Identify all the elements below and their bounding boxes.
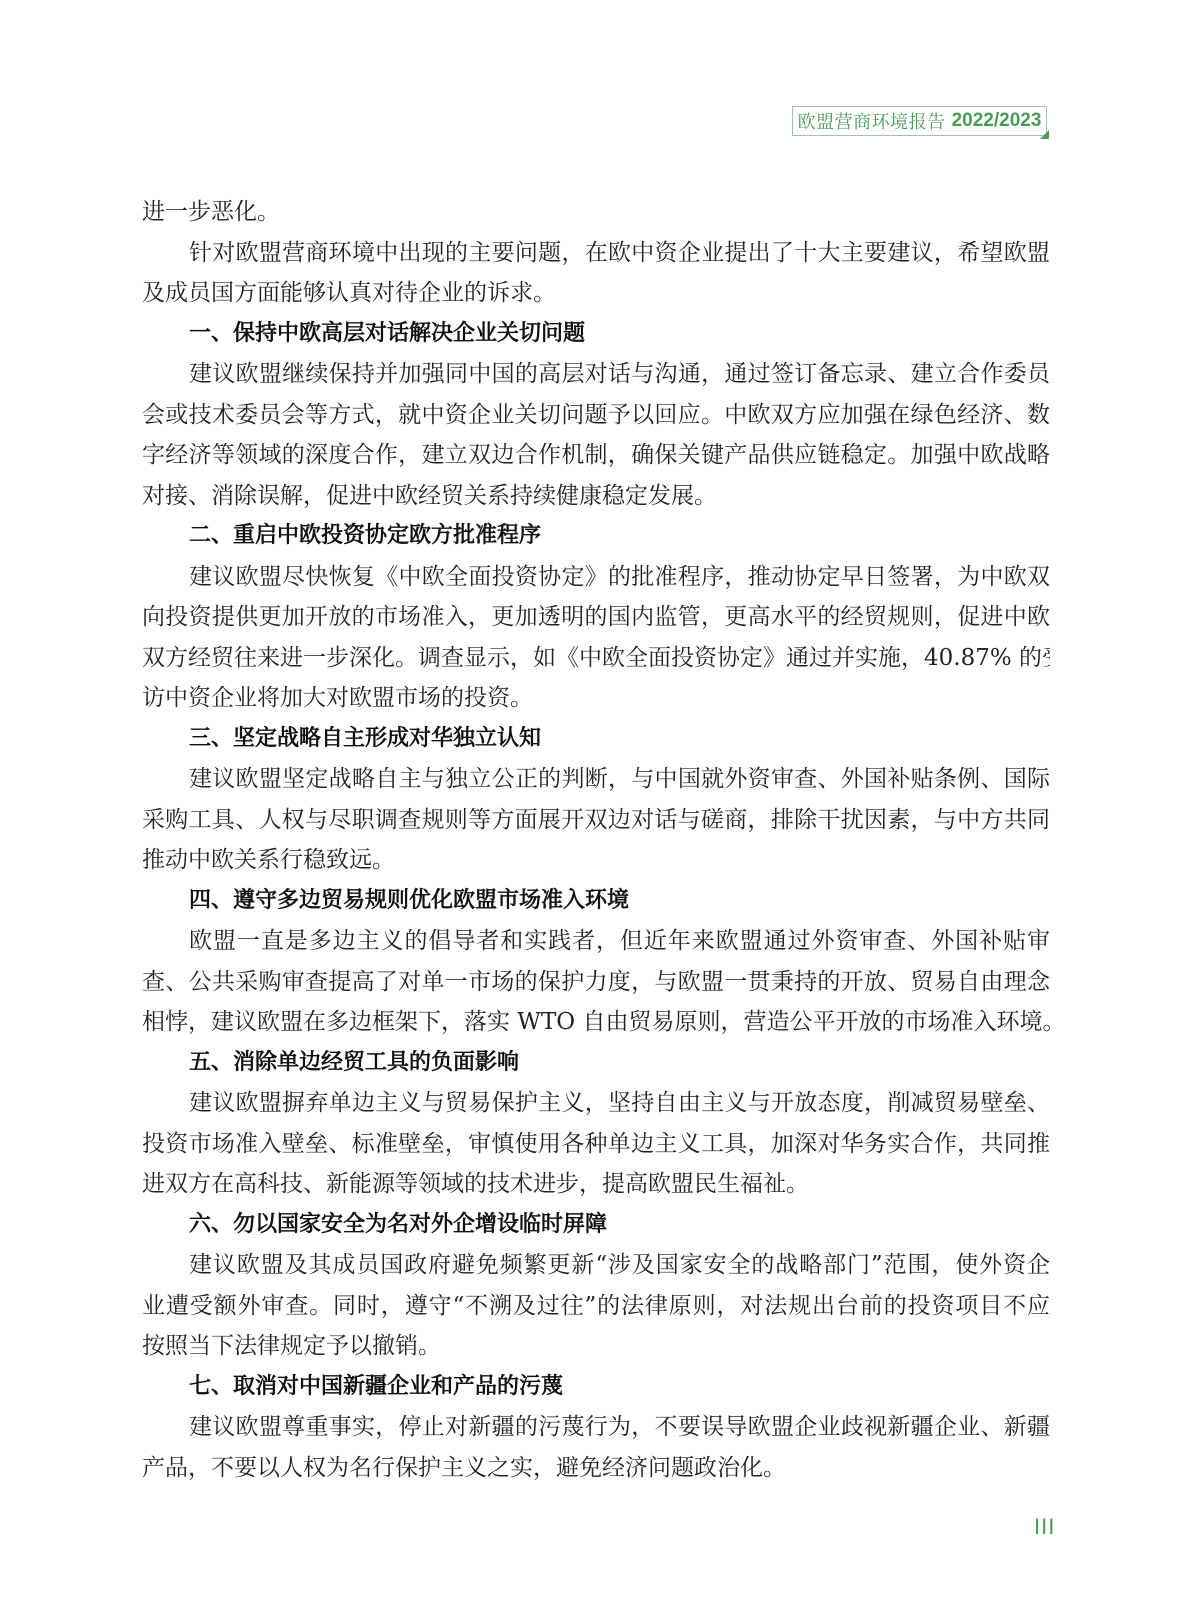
paragraph-line: 对接、消除误解，促进中欧经贸关系持续健康稳定发展。 xyxy=(142,476,1050,517)
paragraph-line: 会或技术委员会等方式，就中资企业关切问题予以回应。中欧双方应加强在绿色经济、数 xyxy=(142,395,1050,436)
paragraph-line: 访中资企业将加大对欧盟市场的投资。 xyxy=(142,678,1050,719)
section-heading: 四、遵守多边贸易规则优化欧盟市场准入环境 xyxy=(142,881,1050,922)
section-heading: 三、坚定战略自主形成对华独立认知 xyxy=(142,719,1050,760)
paragraph-line: 向投资提供更加开放的市场准入，更加透明的国内监管，更高水平的经贸规则，促进中欧 xyxy=(142,597,1050,638)
corner-triangle-icon xyxy=(1040,130,1049,139)
paragraph-line: 建议欧盟摒弃单边主义与贸易保护主义，坚持自由主义与开放态度，削减贸易壁垒、 xyxy=(142,1083,1050,1124)
paragraph-line: 字经济等领域的深度合作，建立双边合作机制，确保关键产品供应链稳定。加强中欧战略 xyxy=(142,435,1050,476)
paragraph-line: 建议欧盟坚定战略自主与独立公正的判断，与中国就外资审查、外国补贴条例、国际 xyxy=(142,759,1050,800)
paragraph-line: 建议欧盟继续保持并加强同中国的高层对话与沟通，通过签订备忘录、建立合作委员 xyxy=(142,354,1050,395)
section-heading: 五、消除单边经贸工具的负面影响 xyxy=(142,1043,1050,1084)
report-year: 2022/2023 xyxy=(952,110,1042,132)
document-body: 进一步恶化。针对欧盟营商环境中出现的主要问题，在欧中资企业提出了十大主要建议，希… xyxy=(142,192,1050,1488)
paragraph-line: 查、公共采购审查提高了对单一市场的保护力度，与欧盟一贯秉持的开放、贸易自由理念 xyxy=(142,962,1050,1003)
paragraph-line: 建议欧盟尊重事实，停止对新疆的污蔑行为，不要误导欧盟企业歧视新疆企业、新疆 xyxy=(142,1407,1050,1448)
paragraph-line: 投资市场准入壁垒、标准壁垒，审慎使用各种单边主义工具，加深对华务实合作，共同推 xyxy=(142,1124,1050,1165)
paragraph-line: 欧盟一直是多边主义的倡导者和实践者，但近年来欧盟通过外资审查、外国补贴审 xyxy=(142,921,1050,962)
paragraph-line: 及成员国方面能够认真对待企业的诉求。 xyxy=(142,273,1050,314)
section-heading: 六、勿以国家安全为名对外企增设临时屏障 xyxy=(142,1205,1050,1246)
section-heading: 二、重启中欧投资协定欧方批准程序 xyxy=(142,516,1050,557)
section-heading: 一、保持中欧高层对话解决企业关切问题 xyxy=(142,314,1050,355)
paragraph-line: 针对欧盟营商环境中出现的主要问题，在欧中资企业提出了十大主要建议，希望欧盟 xyxy=(142,233,1050,274)
page-number: III xyxy=(1034,1514,1055,1540)
report-title: 欧盟营商环境报告 xyxy=(798,108,946,134)
paragraph-line: 推动中欧关系行稳致远。 xyxy=(142,840,1050,881)
paragraph-line: 采购工具、人权与尽职调查规则等方面展开双边对话与磋商，排除干扰因素，与中方共同 xyxy=(142,800,1050,841)
paragraph-line: 相悖，建议欧盟在多边框架下，落实 WTO 自由贸易原则，营造公平开放的市场准入环… xyxy=(142,1002,1050,1043)
paragraph-line: 产品，不要以人权为名行保护主义之实，避免经济问题政治化。 xyxy=(142,1448,1050,1489)
report-header-badge: 欧盟营商环境报告 2022/2023 xyxy=(792,106,1047,136)
paragraph-line: 业遭受额外审查。同时，遵守“不溯及过往”的法律原则，对法规出台前的投资项目不应 xyxy=(142,1286,1050,1327)
paragraph-line: 进一步恶化。 xyxy=(142,192,1050,233)
paragraph-line: 按照当下法律规定予以撤销。 xyxy=(142,1326,1050,1367)
paragraph-line: 双方经贸往来进一步深化。调查显示，如《中欧全面投资协定》通过并实施，40.87%… xyxy=(142,638,1050,679)
paragraph-line: 进双方在高科技、新能源等领域的技术进步，提高欧盟民生福祉。 xyxy=(142,1164,1050,1205)
paragraph-line: 建议欧盟及其成员国政府避免频繁更新“涉及国家安全的战略部门”范围，使外资企 xyxy=(142,1245,1050,1286)
paragraph-line: 建议欧盟尽快恢复《中欧全面投资协定》的批准程序，推动协定早日签署，为中欧双 xyxy=(142,557,1050,598)
section-heading: 七、取消对中国新疆企业和产品的污蔑 xyxy=(142,1367,1050,1408)
